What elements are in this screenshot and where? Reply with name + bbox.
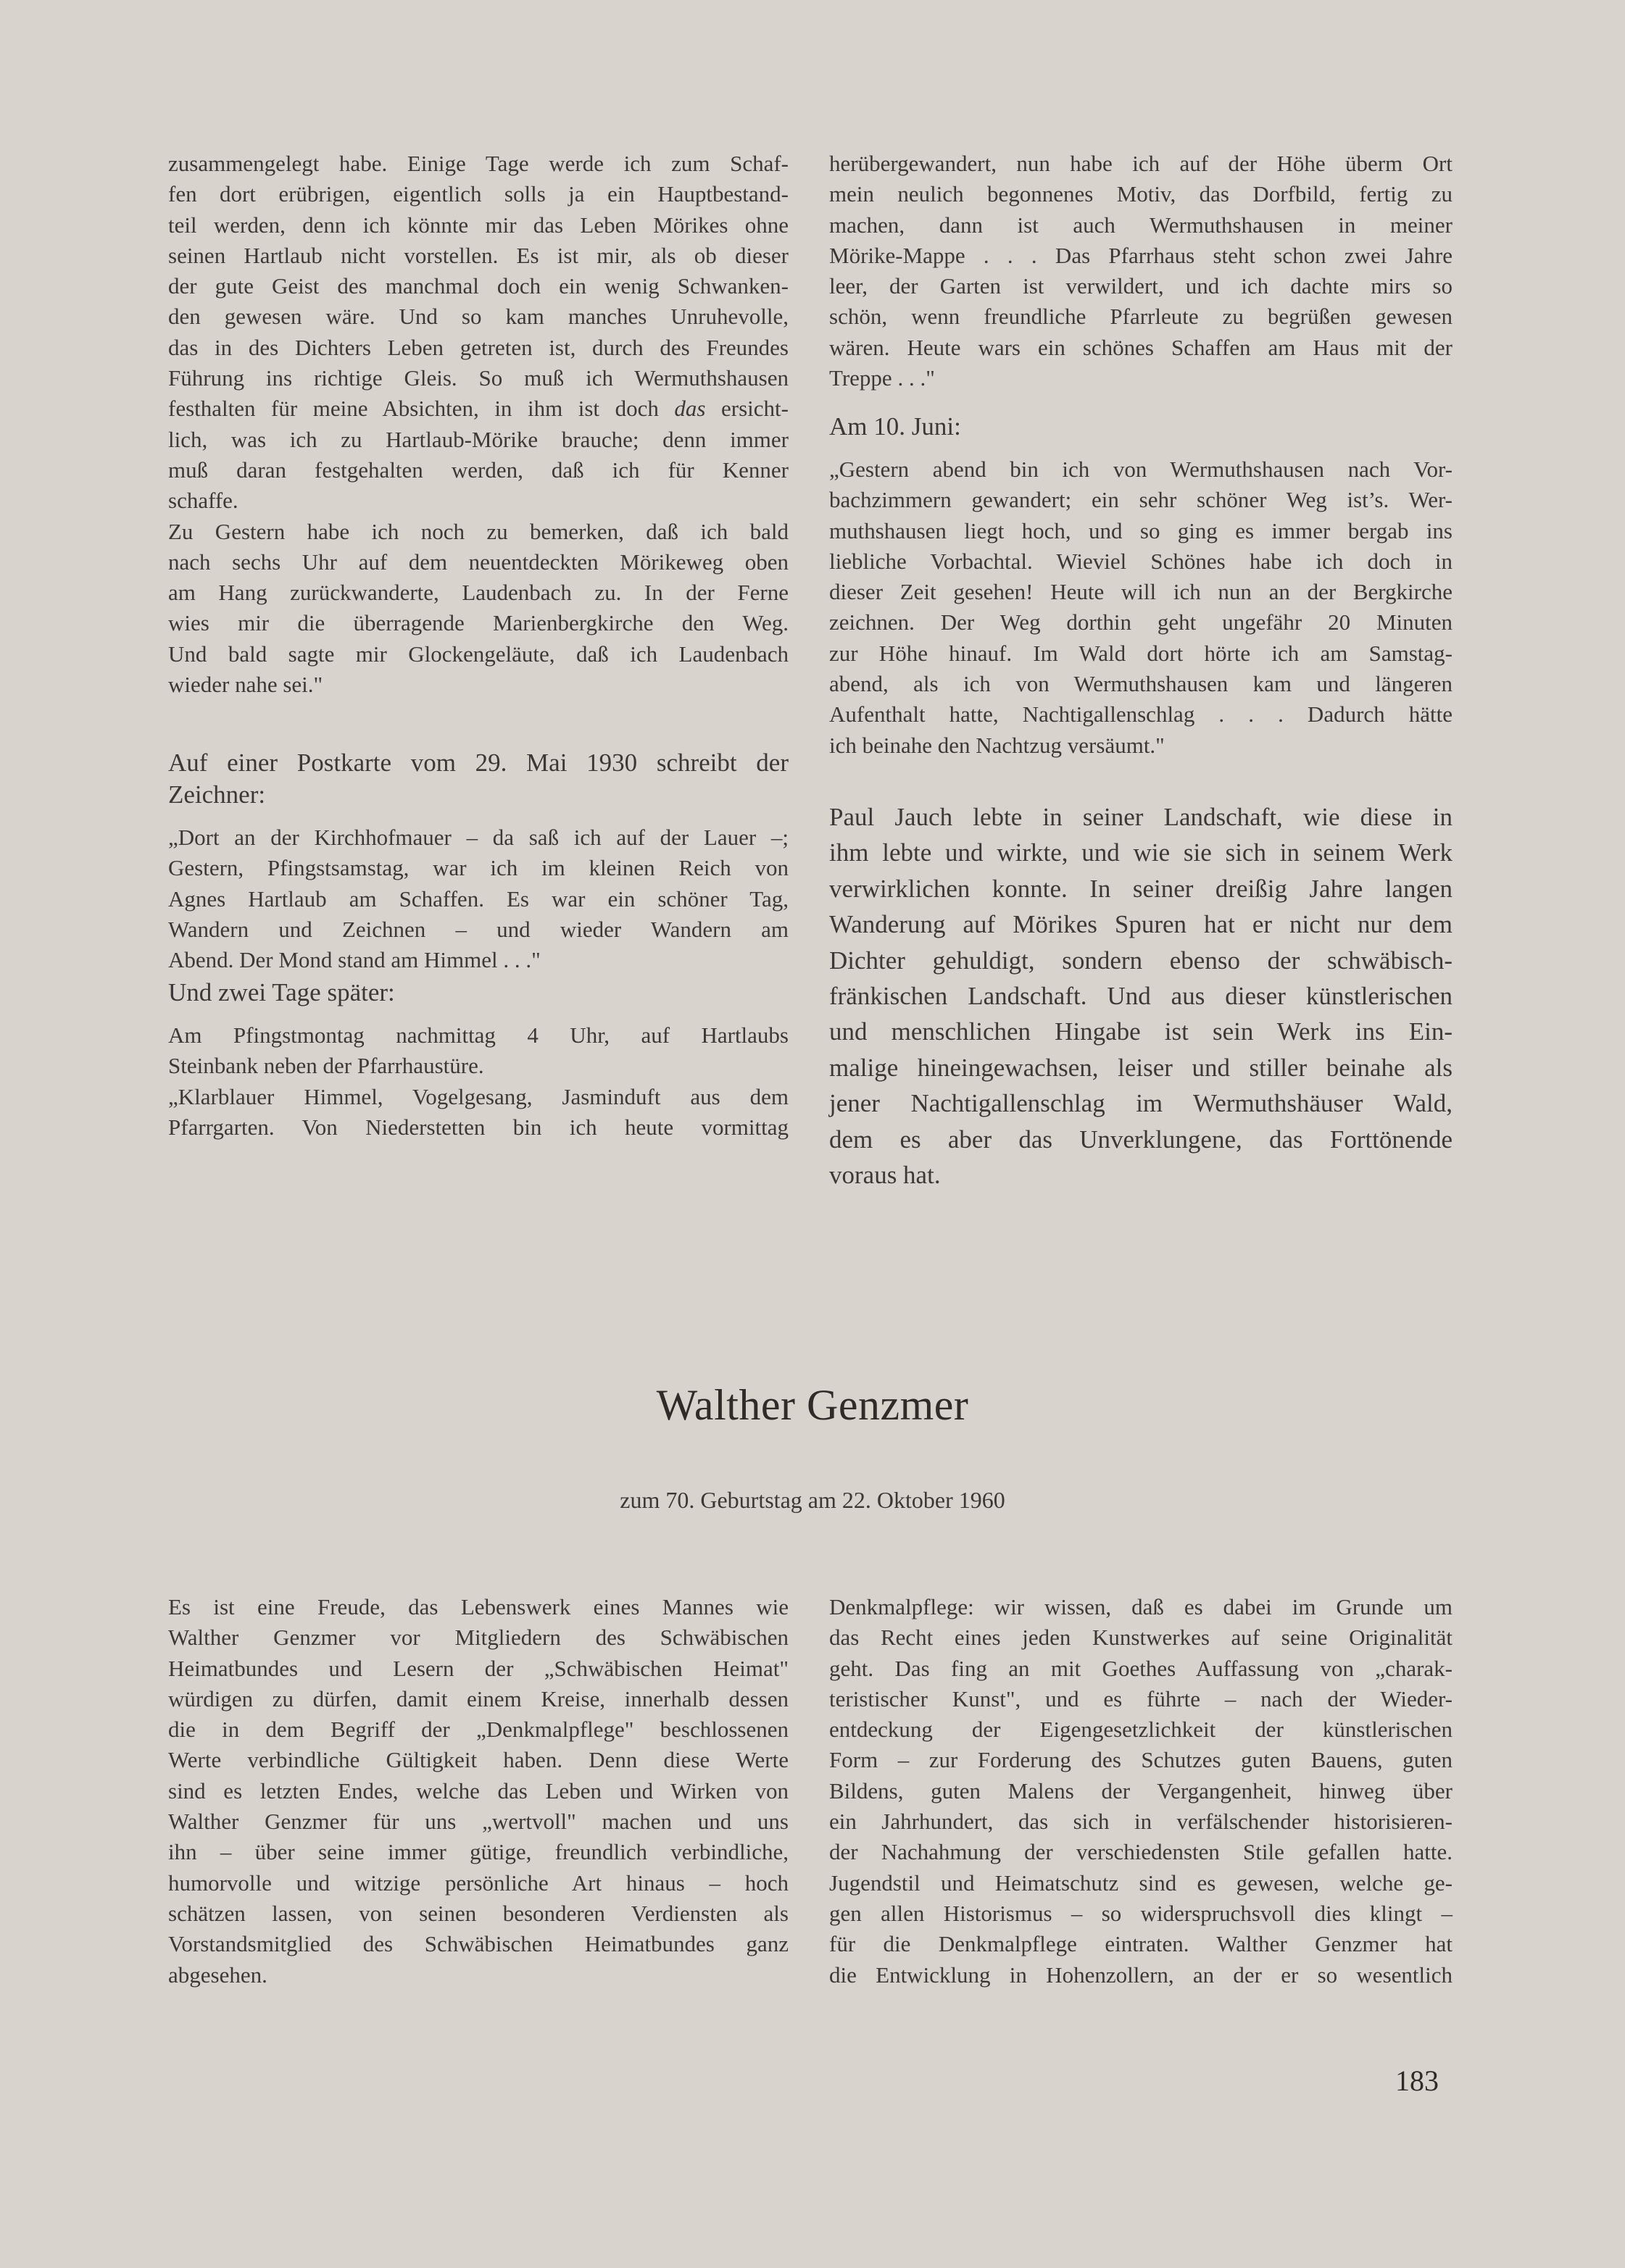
text-line: wies mir die überragende Marienbergkirch…: [168, 608, 789, 638]
text-line: Paul Jauch lebte in seiner Landschaft, w…: [829, 799, 1452, 835]
text-line: das Recht eines jeden Kunstwerkes auf se…: [829, 1622, 1452, 1653]
text-line: den gewesen wäre. Und so kam manches Unr…: [168, 301, 789, 332]
text-line: Und bald sagte mir Glockengeläute, daß i…: [168, 639, 789, 670]
text-line: Und zwei Tage später:: [168, 977, 789, 1009]
text-line: Es ist eine Freude, das Lebenswerk eines…: [168, 1592, 789, 1622]
text-line: Dichter gehuldigt, sondern ebenso der sc…: [829, 943, 1452, 978]
text-line: Aufenthalt hatte, Nachtigallenschlag . .…: [829, 699, 1452, 730]
text-line: Am Pfingstmontag nachmittag 4 Uhr, auf H…: [168, 1020, 789, 1051]
text-line: schön, wenn freundliche Pfarrleute zu be…: [829, 301, 1452, 332]
text-line: dieser Zeit gesehen! Heute will ich nun …: [829, 577, 1452, 607]
text-line: Heimatbundes und Lesern der „Schwäbische…: [168, 1654, 789, 1684]
text-line: Wandern und Zeichnen – und wieder Wander…: [168, 914, 789, 945]
text-line: Walther Genzmer für uns „wertvoll" mache…: [168, 1806, 789, 1837]
text-line: schaffe.: [168, 485, 789, 516]
note-pfingstmontag: Am Pfingstmontag nachmittag 4 Uhr, auf H…: [168, 1020, 789, 1143]
text-line: malige hineingewachsen, leiser und still…: [829, 1050, 1452, 1085]
intro-june-10: Am 10. Juni:: [829, 411, 1452, 443]
text-line: voraus hat.: [829, 1157, 1452, 1193]
document-page: zusammengelegt habe. Einige Tage werde i…: [0, 0, 1625, 2268]
text-line: sind es letzten Endes, welche das Leben …: [168, 1776, 789, 1806]
text-line: Mörike-Mappe . . . Das Pfarrhaus steht s…: [829, 241, 1452, 271]
text-line: Am 10. Juni:: [829, 411, 1452, 443]
text-line: ihm lebte und wirkte, und wie sie sich i…: [829, 835, 1452, 870]
emphasized-word: das: [674, 396, 705, 421]
text-line: Abend. Der Mond stand am Himmel . . .": [168, 945, 789, 975]
text-line: und menschlichen Hingabe ist sein Werk i…: [829, 1014, 1452, 1049]
text-line: lich, was ich zu Hartlaub-Mörike brauche…: [168, 425, 789, 455]
text-line: wären. Heute wars ein schönes Schaffen a…: [829, 333, 1452, 363]
text-line: Auf einer Postkarte vom 29. Mai 1930 sch…: [168, 747, 789, 779]
text-line: humorvolle und witzige persönliche Art h…: [168, 1868, 789, 1898]
text-line: Agnes Hartlaub am Schaffen. Es war ein s…: [168, 884, 789, 914]
text-line: ich beinahe den Nachtzug versäumt.": [829, 730, 1452, 761]
text-line: der Nachahmung der verschiedensten Stile…: [829, 1837, 1452, 1867]
text-segment: festhalten für meine Absichten, in ihm i…: [168, 396, 674, 421]
text-line: abgesehen.: [168, 1960, 789, 1990]
text-line: herübergewandert, nun habe ich auf der H…: [829, 149, 1452, 179]
text-line: bachzimmern gewandert; ein sehr schöner …: [829, 485, 1452, 515]
closing-paragraph-paul-jauch: Paul Jauch lebte in seiner Landschaft, w…: [829, 799, 1452, 1193]
quote-postcard: „Dort an der Kirchhofmauer – da saß ich …: [168, 822, 789, 975]
text-line: mein neulich begonnenes Motiv, das Dorfb…: [829, 179, 1452, 209]
article-title: Walther Genzmer: [0, 1380, 1625, 1430]
text-line: zusammengelegt habe. Einige Tage werde i…: [168, 149, 789, 179]
text-line: Bildens, guten Malens der Vergangenheit,…: [829, 1776, 1452, 1806]
quote-june-10: „Gestern abend bin ich von Wermuthshause…: [829, 454, 1452, 761]
text-line: „Dort an der Kirchhofmauer – da saß ich …: [168, 822, 789, 853]
text-line: Walther Genzmer vor Mitgliedern des Schw…: [168, 1622, 789, 1653]
text-line: dem es aber das Unverklungene, das Fortt…: [829, 1122, 1452, 1157]
text-line: teristischer Kunst", und es führte – nac…: [829, 1684, 1452, 1714]
text-line: Zeichner:: [168, 779, 789, 811]
text-line: zur Höhe hinauf. Im Wald dort hörte ich …: [829, 638, 1452, 669]
paragraph-hartlaub: zusammengelegt habe. Einige Tage werde i…: [168, 149, 789, 700]
text-line: das in des Dichters Leben getreten ist, …: [168, 333, 789, 363]
text-line: „Klarblauer Himmel, Vogelgesang, Jasmind…: [168, 1082, 789, 1112]
text-line: verwirklichen konnte. In seiner dreißig …: [829, 871, 1452, 906]
text-line: liebliche Vorbachtal. Wieviel Schönes ha…: [829, 546, 1452, 577]
text-line: Wanderung auf Mörikes Spuren hat er nich…: [829, 906, 1452, 942]
text-line: Pfarrgarten. Von Niederstetten bin ich h…: [168, 1112, 789, 1143]
text-line: fränkischen Landschaft. Und aus dieser k…: [829, 978, 1452, 1014]
intro-postcard: Auf einer Postkarte vom 29. Mai 1930 sch…: [168, 747, 789, 811]
text-line: jener Nachtigallenschlag im Wermuthshäus…: [829, 1085, 1452, 1121]
text-line: Führung ins richtige Gleis. So muß ich W…: [168, 363, 789, 393]
text-line: schätzen lassen, von seinen besonderen V…: [168, 1898, 789, 1929]
text-line: Steinbank neben der Pfarrhaustüre.: [168, 1051, 789, 1081]
article-subtitle: zum 70. Geburtstag am 22. Oktober 1960: [0, 1487, 1625, 1514]
text-line: die Entwicklung in Hohenzollern, an der …: [829, 1960, 1452, 1990]
text-segment: ersicht-: [705, 396, 789, 421]
text-line: Form – zur Forderung des Schutzes guten …: [829, 1745, 1452, 1775]
text-line: würdigen zu dürfen, damit einem Kreise, …: [168, 1684, 789, 1714]
text-line: Zu Gestern habe ich noch zu bemerken, da…: [168, 517, 789, 547]
text-line: Vorstandsmitglied des Schwäbischen Heima…: [168, 1929, 789, 1959]
text-line: entdeckung der Eigengesetzlichkeit der k…: [829, 1714, 1452, 1745]
text-line: Werte verbindliche Gültigkeit haben. Den…: [168, 1745, 789, 1775]
intro-two-days-later: Und zwei Tage später:: [168, 977, 789, 1009]
text-line: die in dem Begriff der „Denkmalpflege" b…: [168, 1714, 789, 1745]
text-line: zeichnen. Der Weg dorthin geht ungefähr …: [829, 607, 1452, 638]
text-line: für die Denkmalpflege eintraten. Walther…: [829, 1929, 1452, 1959]
text-line-with-emphasis: festhalten für meine Absichten, in ihm i…: [168, 393, 789, 424]
text-line: nach sechs Uhr auf dem neuentdeckten Mör…: [168, 547, 789, 578]
text-line: wieder nahe sei.": [168, 670, 789, 700]
text-line: machen, dann ist auch Wermuthshausen in …: [829, 210, 1452, 241]
text-line: gen allen Historismus – so widerspruchsv…: [829, 1898, 1452, 1929]
page-number: 183: [1395, 2064, 1439, 2098]
paragraph-intro: Es ist eine Freude, das Lebenswerk eines…: [168, 1592, 789, 1990]
text-line: muß daran festgehalten werden, daß ich f…: [168, 455, 789, 485]
text-line: teil werden, denn ich könnte mir das Leb…: [168, 210, 789, 241]
paragraph-denkmalpflege: Denkmalpflege: wir wissen, daß es dabei …: [829, 1592, 1452, 1990]
text-line: Gestern, Pfingstsamstag, war ich im klei…: [168, 853, 789, 883]
text-line: ein Jahrhundert, das sich in verfälschen…: [829, 1806, 1452, 1837]
quote-continuation: herübergewandert, nun habe ich auf der H…: [829, 149, 1452, 393]
text-line: abend, als ich von Wermuthshausen kam un…: [829, 669, 1452, 699]
text-line: der gute Geist des manchmal doch ein wen…: [168, 271, 789, 301]
text-line: ihn – über seine immer gütige, freundlic…: [168, 1837, 789, 1867]
text-line: am Hang zurückwanderte, Laudenbach zu. I…: [168, 578, 789, 608]
text-line: muthshausen liegt hoch, und so ging es i…: [829, 516, 1452, 546]
text-line: Denkmalpflege: wir wissen, daß es dabei …: [829, 1592, 1452, 1622]
text-line: Treppe . . .": [829, 363, 1452, 393]
text-line: Jugendstil und Heimatschutz sind es gewe…: [829, 1868, 1452, 1898]
text-line: fen dort erübrigen, eigentlich solls ja …: [168, 179, 789, 209]
text-line: „Gestern abend bin ich von Wermuthshause…: [829, 454, 1452, 485]
text-line: seinen Hartlaub nicht vorstellen. Es ist…: [168, 241, 789, 271]
text-line: leer, der Garten ist verwildert, und ich…: [829, 271, 1452, 301]
text-line: geht. Das fing an mit Goethes Auffassung…: [829, 1654, 1452, 1684]
